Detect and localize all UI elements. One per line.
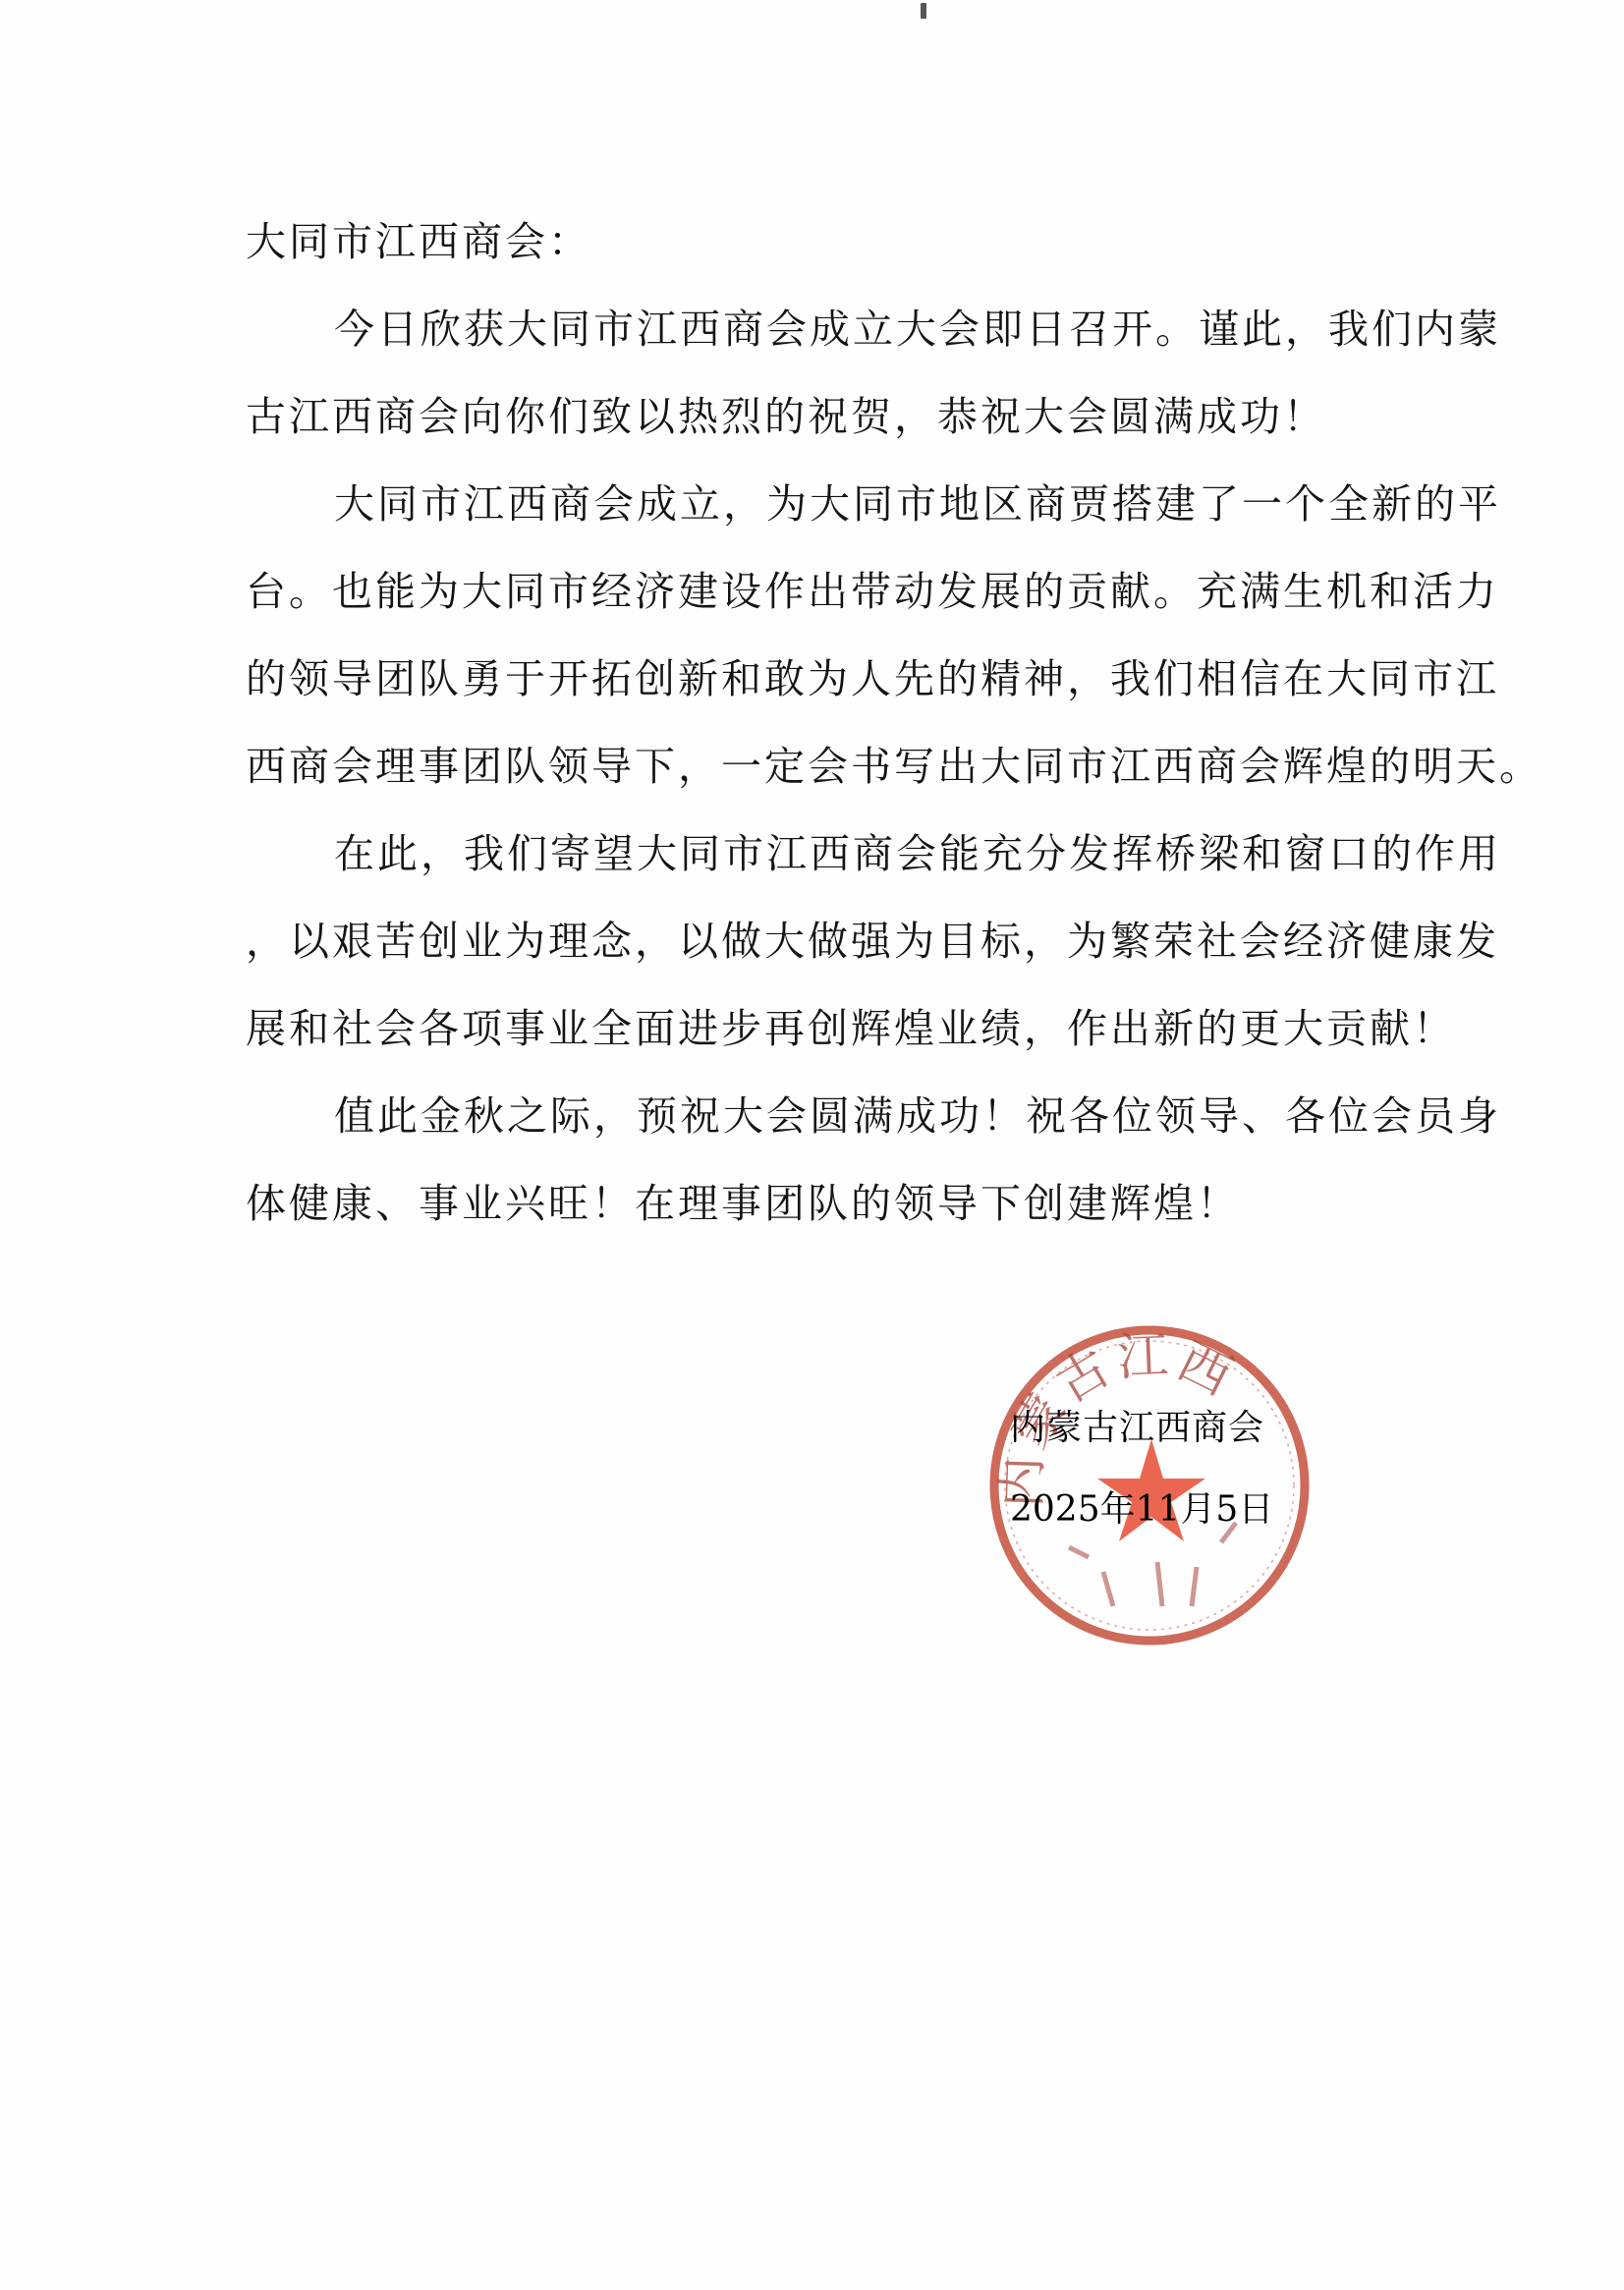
scan-mark [921,3,926,19]
paragraph-line: 体健康、事业兴旺！在理事团队的领导下创建辉煌！ [246,1176,1523,1263]
paragraph-3: 在此，我们寄望大同市江西商会能充分发挥桥梁和窗口的作用 ，以艰苦创业为理念，以做… [246,826,1523,1089]
official-seal-icon: 内蒙古江西商会 [985,1321,1315,1650]
paragraph-line: 值此金秋之际，预祝大会圆满成功！祝各位领导、各位会员身 [246,1089,1523,1176]
signature-organization: 内蒙古江西商会 [1010,1407,1264,1450]
paragraph-line: ，以艰苦创业为理念，以做大做强为目标，为繁荣社会经济健康发 [246,914,1523,1001]
paragraph-line: 展和社会各项事业全面进步再创辉煌业绩，作出新的更大贡献！ [246,1001,1523,1089]
paragraph-line: 西商会理事团队领导下，一定会书写出大同市江西商会辉煌的明天。 [246,739,1523,826]
paragraph-1: 今日欣获大同市江西商会成立大会即日召开。谨此，我们内蒙 古江西商会向你们致以热烈… [246,302,1523,476]
letter-body: 大同市江西商会： 今日欣获大同市江西商会成立大会即日召开。谨此，我们内蒙 古江西… [246,214,1523,1263]
paragraph-2: 大同市江西商会成立，为大同市地区商贾搭建了一个全新的平 台。也能为大同市经济建设… [246,476,1523,826]
paragraph-line: 大同市江西商会成立，为大同市地区商贾搭建了一个全新的平 [246,476,1523,564]
paragraph-line: 的领导团队勇于开拓创新和敢为人先的精神，我们相信在大同市江 [246,651,1523,739]
paragraph-line: 台。也能为大同市经济建设作出带动发展的贡献。充满生机和活力 [246,564,1523,651]
paragraph-4: 值此金秋之际，预祝大会圆满成功！祝各位领导、各位会员身 体健康、事业兴旺！在理事… [246,1089,1523,1263]
salutation: 大同市江西商会： [246,214,1523,302]
paragraph-line: 今日欣获大同市江西商会成立大会即日召开。谨此，我们内蒙 [246,302,1523,389]
paragraph-line: 古江西商会向你们致以热烈的祝贺，恭祝大会圆满成功！ [246,389,1523,476]
letter-page: 大同市江西商会： 今日欣获大同市江西商会成立大会即日召开。谨此，我们内蒙 古江西… [0,0,1624,2290]
signature-date: 2025年11月5日 [1010,1488,1273,1532]
paragraph-line: 在此，我们寄望大同市江西商会能充分发挥桥梁和窗口的作用 [246,826,1523,914]
